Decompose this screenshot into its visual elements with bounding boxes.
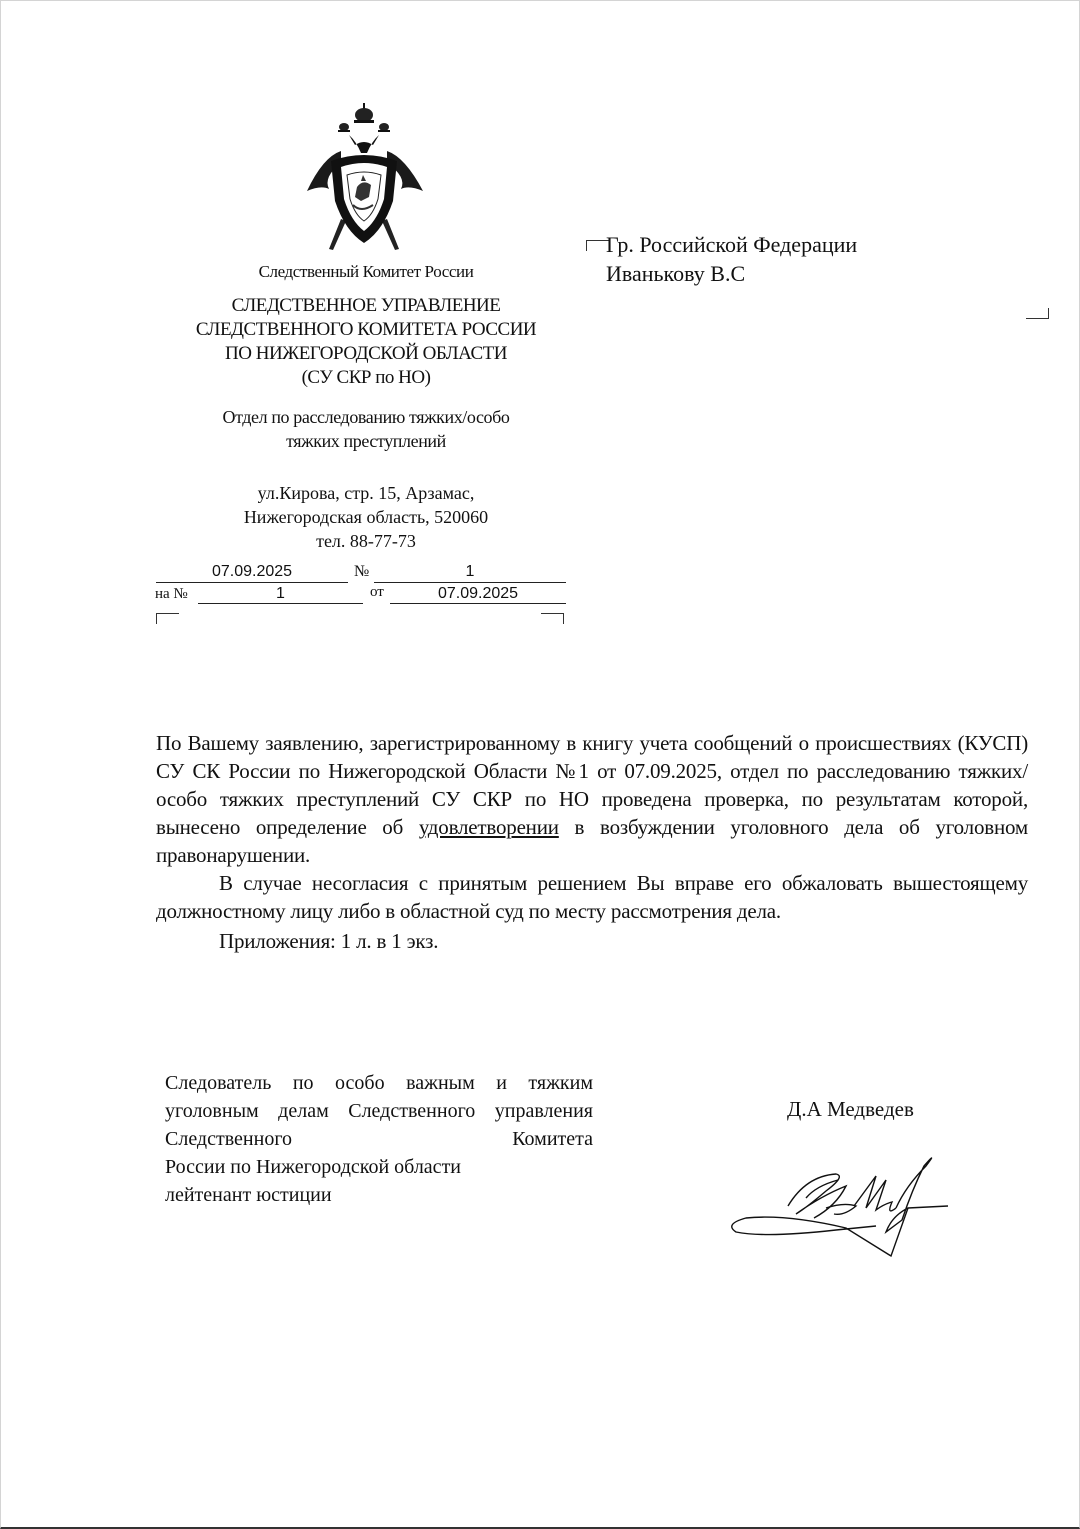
from-label: от <box>370 584 384 601</box>
address-block: ул.Кирова, стр. 15, Арзамас, Нижегородск… <box>151 481 581 553</box>
outgoing-date: 07.09.2025 <box>156 562 348 583</box>
department-title-line: СЛЕДСТВЕННОЕ УПРАВЛЕНИЕ <box>151 294 581 318</box>
department-title-line: ПО НИЖЕГОРОДСКОЙ ОБЛАСТИ <box>151 342 581 366</box>
number-label: № <box>354 563 369 581</box>
ref-date: 07.09.2025 <box>390 584 566 604</box>
department-title-line: СЛЕДСТВЕННОГО КОМИТЕТА РОССИИ <box>151 318 581 342</box>
signer-name: Д.А Медведев <box>787 1097 914 1122</box>
recipient-name: Иванькову В.С <box>606 259 857 288</box>
document-page: Следственный Комитет России СЛЕДСТВЕННОЕ… <box>0 0 1080 1529</box>
emblem-icon <box>301 101 431 253</box>
letter-body: По Вашему заявлению, зарегистрированному… <box>156 729 1028 955</box>
corner-mark-icon <box>541 613 564 624</box>
corner-mark-icon <box>1026 308 1049 319</box>
outgoing-number: 1 <box>374 562 566 583</box>
subdepartment-line: Отдел по расследованию тяжких/особо <box>151 405 581 429</box>
department-title-line: (СУ СКР по НО) <box>151 366 581 390</box>
corner-mark-icon <box>156 613 179 624</box>
signer-title-text: России по Нижегородской области <box>165 1153 593 1181</box>
signer-rank: лейтенант юстиции <box>165 1181 593 1209</box>
recipient-block: Гр. Российской Федерации Иванькову В.С <box>606 230 857 288</box>
subdepartment-line: тяжких преступлений <box>151 429 581 453</box>
subdepartment-name: Отдел по расследованию тяжких/особо тяжк… <box>151 405 581 453</box>
handwritten-signature-icon <box>726 1146 956 1271</box>
signer-title-text: Следователь по особо важным и тяжким уго… <box>165 1069 593 1153</box>
address-line: ул.Кирова, стр. 15, Арзамас, <box>151 481 581 505</box>
ref-number: 1 <box>198 584 363 604</box>
attachments-line: Приложения: 1 л. в 1 экз. <box>156 927 1028 955</box>
signer-title: Следователь по особо важным и тяжким уго… <box>165 1069 593 1209</box>
body-paragraph: По Вашему заявлению, зарегистрированному… <box>156 729 1028 869</box>
address-line: Нижегородская область, 520060 <box>151 505 581 529</box>
recipient-line: Гр. Российской Федерации <box>606 230 857 259</box>
phone-line: тел. 88-77-73 <box>151 529 581 553</box>
ref-number-label: на № <box>155 586 188 603</box>
emphasized-word: удовлетворении <box>419 815 559 839</box>
organization-name: Следственный Комитет России <box>151 262 581 282</box>
department-title: СЛЕДСТВЕННОЕ УПРАВЛЕНИЕ СЛЕДСТВЕННОГО КО… <box>151 294 581 390</box>
body-paragraph: В случае несогласия с принятым решением … <box>156 869 1028 925</box>
